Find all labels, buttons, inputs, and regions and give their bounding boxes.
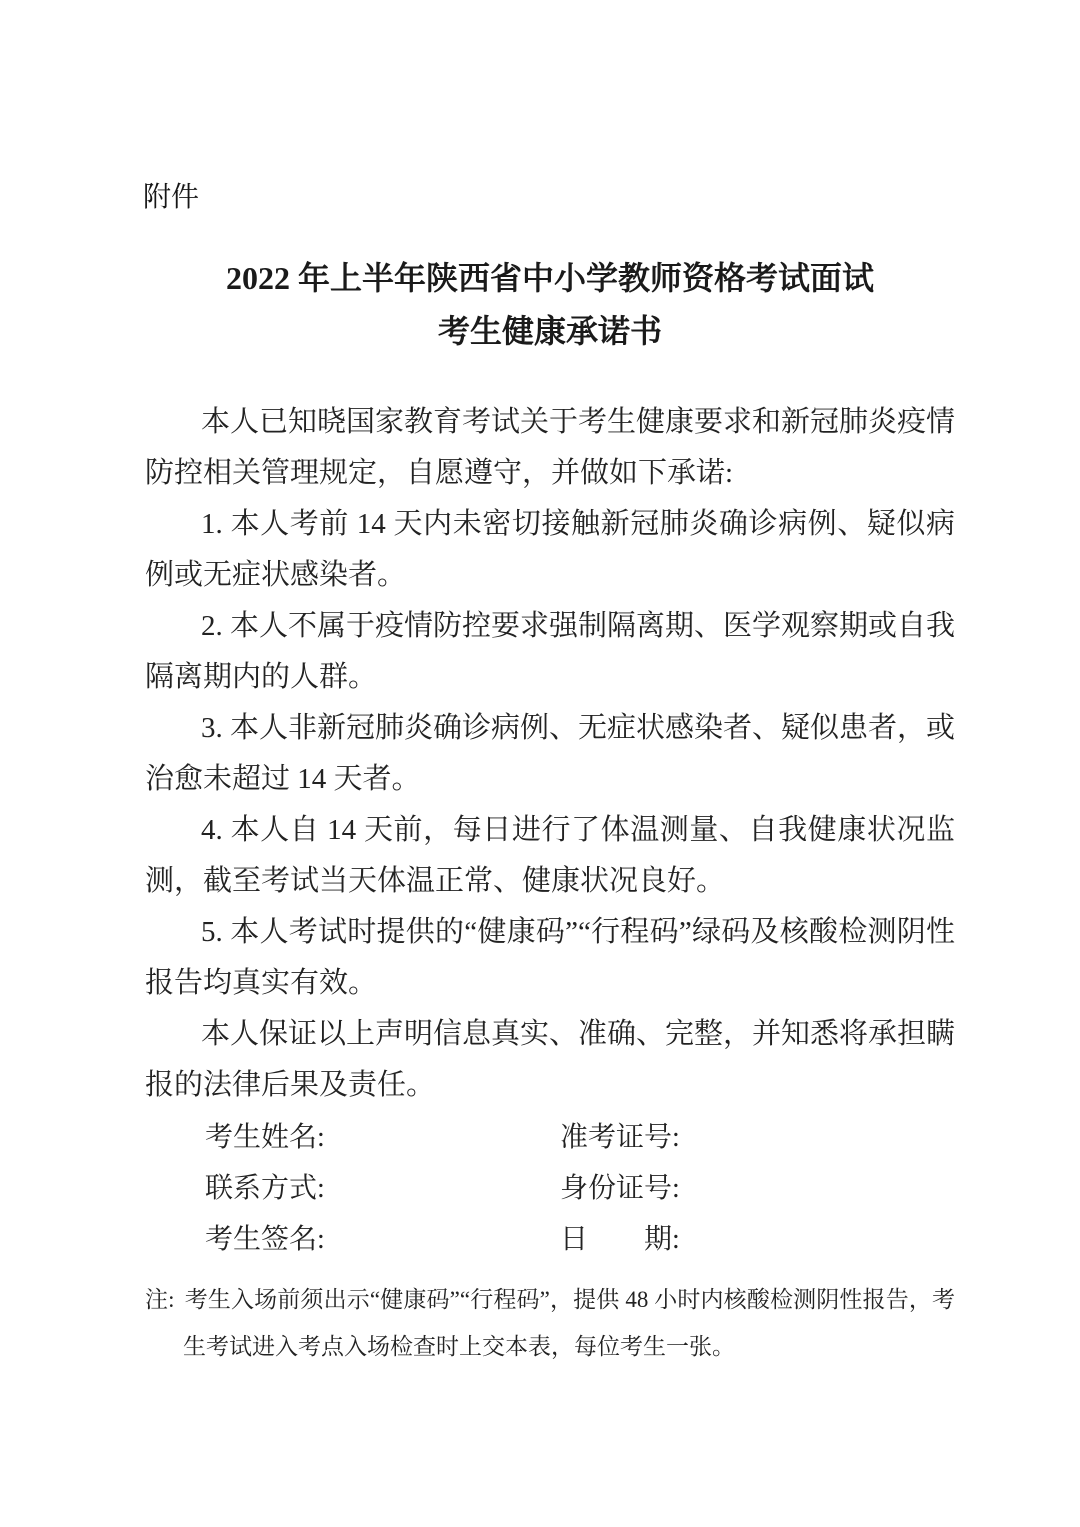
commitment-item-2: 2. 本人不属于疫情防控要求强制隔离期、医学观察期或自我隔离期内的人群。 — [145, 601, 955, 703]
attachment-label: 附件 — [143, 181, 199, 213]
field-label-id-number: 身份证号: — [560, 1163, 955, 1214]
document-title: 2022 年上半年陕西省中小学教师资格考试面试 考生健康承诺书 — [125, 252, 975, 358]
document-page: 附件 2022 年上半年陕西省中小学教师资格考试面试 考生健康承诺书 本人已知晓… — [0, 0, 1080, 1527]
form-row-1: 考生姓名: 准考证号: — [145, 1112, 955, 1163]
commitment-item-5: 5. 本人考试时提供的“健康码”“行程码”绿码及核酸检测阴性报告均真实有效。 — [145, 907, 955, 1009]
intro-paragraph: 本人已知晓国家教育考试关于考生健康要求和新冠肺炎疫情防控相关管理规定，自愿遵守，… — [145, 397, 955, 499]
footnote: 注:考生入场前须出示“健康码”“行程码”，提供 48 小时内核酸检测阴性报告，考… — [145, 1276, 955, 1370]
commitment-item-3: 3. 本人非新冠肺炎确诊病例、无症状感染者、疑似患者，或治愈未超过 14 天者。 — [145, 703, 955, 805]
form-row-2: 联系方式: 身份证号: — [145, 1163, 955, 1214]
commitment-body: 本人已知晓国家教育考试关于考生健康要求和新冠肺炎疫情防控相关管理规定，自愿遵守，… — [145, 397, 955, 1111]
title-line-2: 考生健康承诺书 — [125, 305, 975, 358]
commitment-item-1: 1. 本人考前 14 天内未密切接触新冠肺炎确诊病例、疑似病例或无症状感染者。 — [145, 499, 955, 601]
footnote-label: 注: — [145, 1287, 175, 1312]
form-row-3: 考生签名: 日 期: — [145, 1214, 955, 1265]
field-label-date: 日 期: — [560, 1214, 955, 1265]
field-label-admission-ticket-number: 准考证号: — [560, 1112, 955, 1163]
title-line-1: 2022 年上半年陕西省中小学教师资格考试面试 — [125, 252, 975, 305]
field-label-candidate-name: 考生姓名: — [205, 1112, 560, 1163]
field-label-contact-info: 联系方式: — [205, 1163, 560, 1214]
closing-paragraph: 本人保证以上声明信息真实、准确、完整，并知悉将承担瞒报的法律后果及责任。 — [145, 1009, 955, 1111]
field-label-candidate-signature: 考生签名: — [205, 1214, 560, 1265]
commitment-item-4: 4. 本人自 14 天前，每日进行了体温测量、自我健康状况监测，截至考试当天体温… — [145, 805, 955, 907]
signature-form: 考生姓名: 准考证号: 联系方式: 身份证号: 考生签名: 日 期: — [145, 1112, 955, 1265]
footnote-text: 考生入场前须出示“健康码”“行程码”，提供 48 小时内核酸检测阴性报告，考生考… — [183, 1287, 955, 1359]
